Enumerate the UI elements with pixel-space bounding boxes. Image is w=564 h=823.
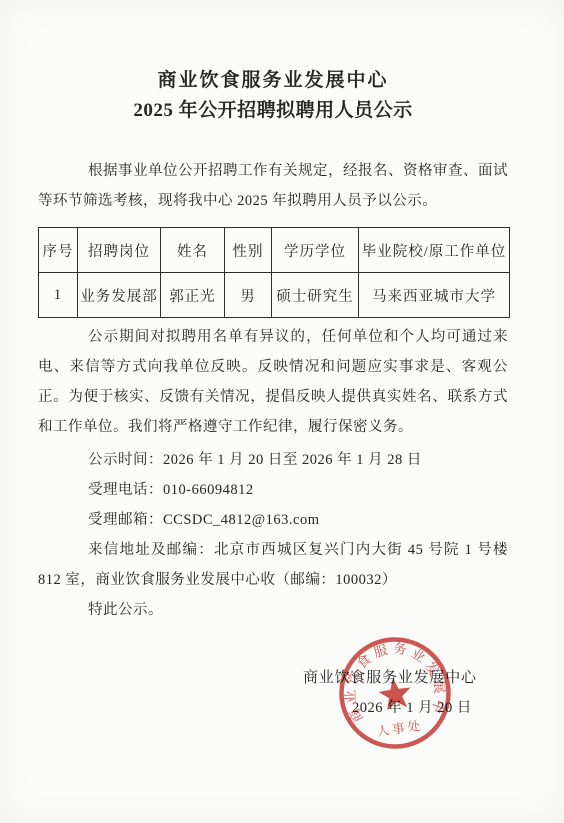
cell-gender: 男	[225, 273, 272, 318]
phone-line: 受理电话：010-66094812	[38, 475, 508, 505]
cell-school: 马来西亚城市大学	[359, 273, 510, 318]
objection-paragraph: 公示期间对拟聘用名单有异议的，任何单位和个人均可通过来电、来信等方式向我单位反映…	[38, 322, 508, 442]
seal-bottom-text: 人事处	[376, 717, 424, 738]
header-school: 毕业院校/原工作单位	[359, 228, 510, 273]
cell-position: 业务发展部	[78, 273, 161, 318]
header-degree: 学历学位	[272, 228, 359, 273]
cell-index: 1	[39, 273, 78, 318]
contact-block: 公示时间：2026 年 1 月 20 日至 2026 年 1 月 28 日 受理…	[38, 445, 508, 625]
applicants-table: 序号 招聘岗位 姓名 性别 学历学位 毕业院校/原工作单位 1 业务发展部 郭正…	[38, 227, 510, 318]
publicity-period-line: 公示时间：2026 年 1 月 20 日至 2026 年 1 月 28 日	[38, 445, 508, 475]
header-position: 招聘岗位	[78, 228, 161, 273]
email-line: 受理邮箱：CCSDC_4812@163.com	[38, 505, 508, 535]
document-content: 商业饮食服务业发展中心 2025 年公开招聘拟聘用人员公示 根据事业单位公开招聘…	[0, 0, 564, 625]
official-seal-stamp: 商业饮食服务业发展中心 人事处	[328, 626, 461, 759]
address-line: 来信地址及邮编：北京市西城区复兴门内大街 45 号院 1 号楼 812 室，商业…	[38, 535, 508, 595]
cell-name: 郭正光	[161, 273, 225, 318]
table-header-row: 序号 招聘岗位 姓名 性别 学历学位 毕业院校/原工作单位	[39, 228, 510, 273]
cell-degree: 硕士研究生	[272, 273, 359, 318]
table-row: 1 业务发展部 郭正光 男 硕士研究生 马来西亚城市大学	[39, 273, 510, 318]
document-title-line1: 商业饮食服务业发展中心	[38, 66, 508, 96]
seal-star-icon	[377, 676, 413, 711]
header-gender: 性别	[225, 228, 272, 273]
header-name: 姓名	[161, 228, 225, 273]
closing-line: 特此公示。	[38, 595, 508, 625]
intro-paragraph: 根据事业单位公开招聘工作有关规定，经报名、资格审查、面试等环节筛选考核，现将我中…	[38, 156, 508, 216]
document-page: 商业饮食服务业发展中心 2025 年公开招聘拟聘用人员公示 根据事业单位公开招聘…	[0, 0, 564, 823]
header-index: 序号	[39, 228, 78, 273]
document-title-line2: 2025 年公开招聘拟聘用人员公示	[38, 96, 508, 126]
